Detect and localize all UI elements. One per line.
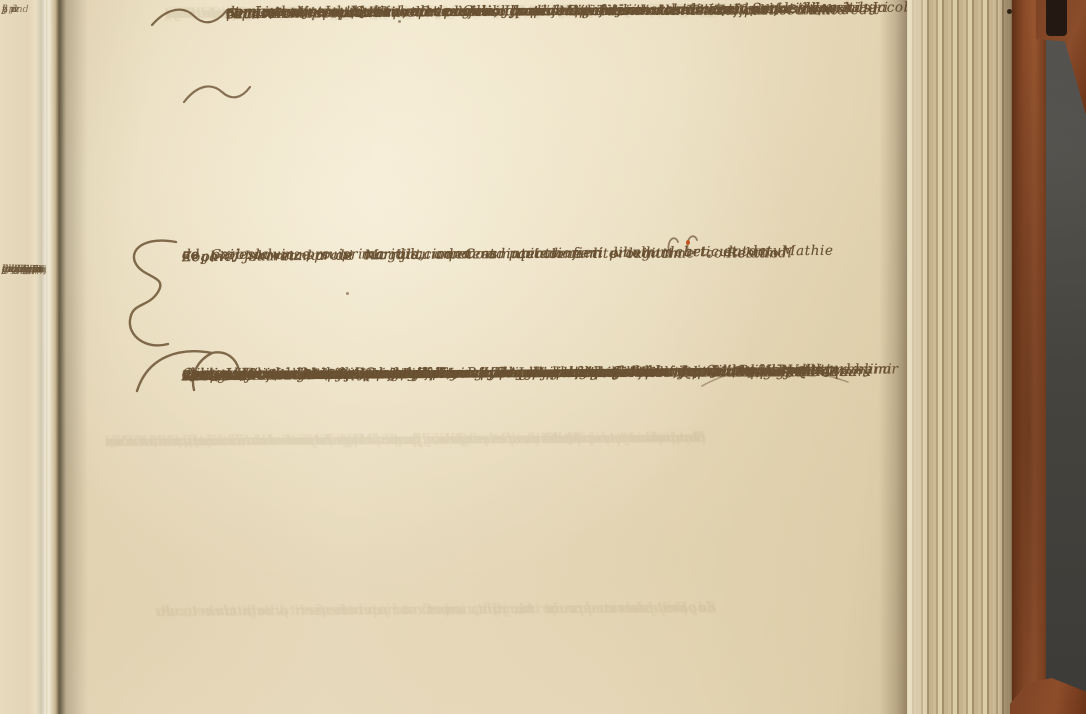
facing-page-fragments-top: ʒ p̄ndh dſ pzy w ß u [2,2,46,3]
fragment-line: ß u [2,2,18,17]
manuscript-line: ad probandum pro prima dilacionem ad qui… [182,241,779,267]
ghost-line: ad probandum pro prima dilacionem ad qui… [156,596,716,624]
facing-page-fragments-main: ml dlpńzytmʒd plmuł do. ſrmb ud m ſmmuſ … [2,262,46,263]
main-page: Venerabilis domini Joannis Pyothrowsky A… [46,0,907,714]
fragment-line: nd [2,262,14,277]
cover-tear-notch [1046,0,1067,36]
pen-flourish [182,80,252,108]
page-curl-shadow [879,0,907,714]
bleedthrough-text: pecutorum testamenti olim domini Jacobi … [105,426,706,614]
ghost-line: rum et dotem. Quoad ad octauam pete Nota… [308,426,705,453]
paragraph-initial-flourish [120,234,190,360]
manuscript-line: cyrographum. Verba dominum petens de Jel… [182,362,625,386]
bleedthrough-text: Zophie Jskarzanka de Mogijla, ad Communi… [156,596,717,714]
manuscript-photo: ʒ p̄ndh dſ pzy w ß u ml dlpńzytmʒd plmuł… [0,0,1086,714]
wormhole-dot [1007,9,1012,14]
manuscript-line: rum et dotem. Quoad ad octauam pete Nota… [226,0,623,24]
facing-page-strip: ʒ p̄ndh dſ pzy w ß u ml dlpńzytmʒd plmuł… [0,0,46,714]
pen-flourish [150,4,230,32]
ink-speck [346,292,349,295]
leather-cover-edge [1012,0,1046,714]
book-page-edges [903,0,1016,714]
